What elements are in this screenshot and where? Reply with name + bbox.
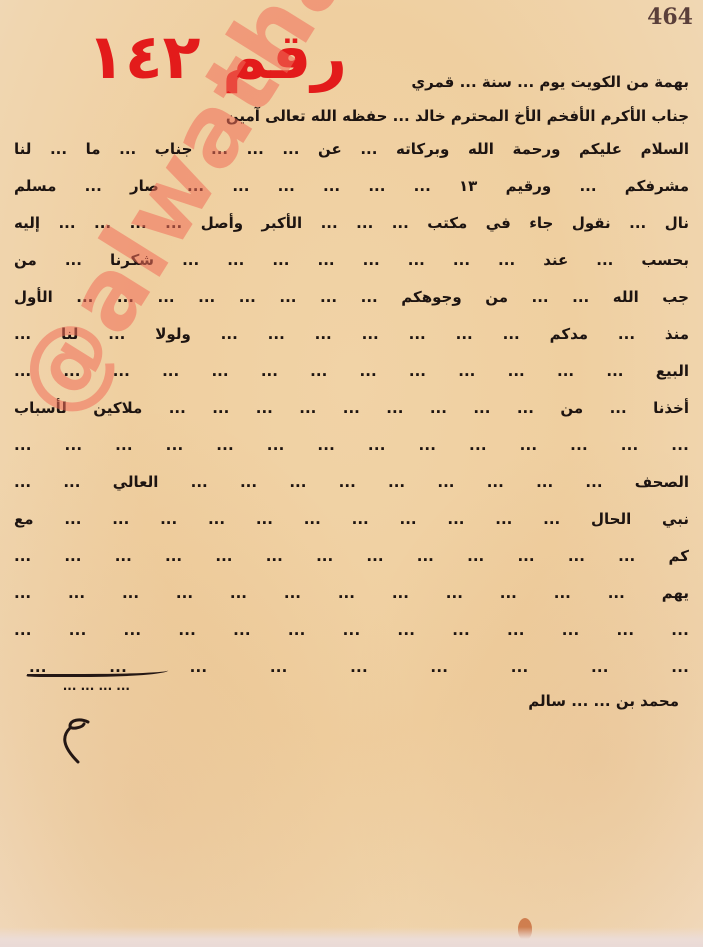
page-bottom-edge (0, 927, 703, 947)
manuscript-line: ... ... ... ... ... ... ... ... ... ... … (14, 612, 689, 649)
manuscript-line: نال ... نقول جاء في مكتب ... ... ... الأ… (14, 205, 689, 242)
signature-tail-icon (58, 716, 98, 766)
marginal-signature-block: ... ... ... ... (28, 664, 168, 764)
closing-signature: محمد بن ... ... سالم (528, 692, 679, 710)
signature-flourish-icon (26, 666, 170, 677)
manuscript-dateline: بهمة من الكويت يوم ... سنة ... قمري (404, 64, 689, 101)
manuscript-salutation: جناب الأكرم الأفخم الأخ المحترم خالد ...… (174, 101, 689, 131)
manuscript-line: كم ... ... ... ... ... ... ... ... ... .… (14, 538, 689, 575)
manuscript-line: ... ... ... ... ... ... ... ... ... ... … (14, 427, 689, 464)
marginal-note: ... ... ... ... (50, 678, 130, 694)
manuscript-line: يهم ... ... ... ... ... ... ... ... ... … (14, 575, 689, 612)
manuscript-line: نبي الحال ... ... ... ... ... ... ... ..… (14, 501, 689, 538)
manuscript-line: أخذنا ... من ... ... ... ... ... ... ...… (14, 390, 689, 427)
manuscript-line: جب الله ... ... من وجوهكم ... ... ... ..… (14, 279, 689, 316)
archive-page-number: 464 (647, 4, 693, 30)
manuscript-body: بهمة من الكويت يوم ... سنة ... قمري جناب… (14, 64, 689, 686)
manuscript-line: مشرفكم ... ورقيم ١٣ ... ... ... ... ... … (14, 168, 689, 205)
manuscript-line: السلام عليكم ورحمة الله وبركاته ... عن .… (14, 131, 689, 168)
manuscript-line: بحسب ... عند ... ... ... ... ... ... ...… (14, 242, 689, 279)
manuscript-line: البيع ... ... ... ... ... ... ... ... ..… (14, 353, 689, 390)
manuscript-line: الصحف ... ... ... ... ... ... ... ... ..… (14, 464, 689, 501)
manuscript-line: منذ ... مدكم ... ... ... ... ... ... ...… (14, 316, 689, 353)
document-page: 464 رقم ١٤٢ بهمة من الكويت يوم ... سنة .… (0, 0, 703, 947)
